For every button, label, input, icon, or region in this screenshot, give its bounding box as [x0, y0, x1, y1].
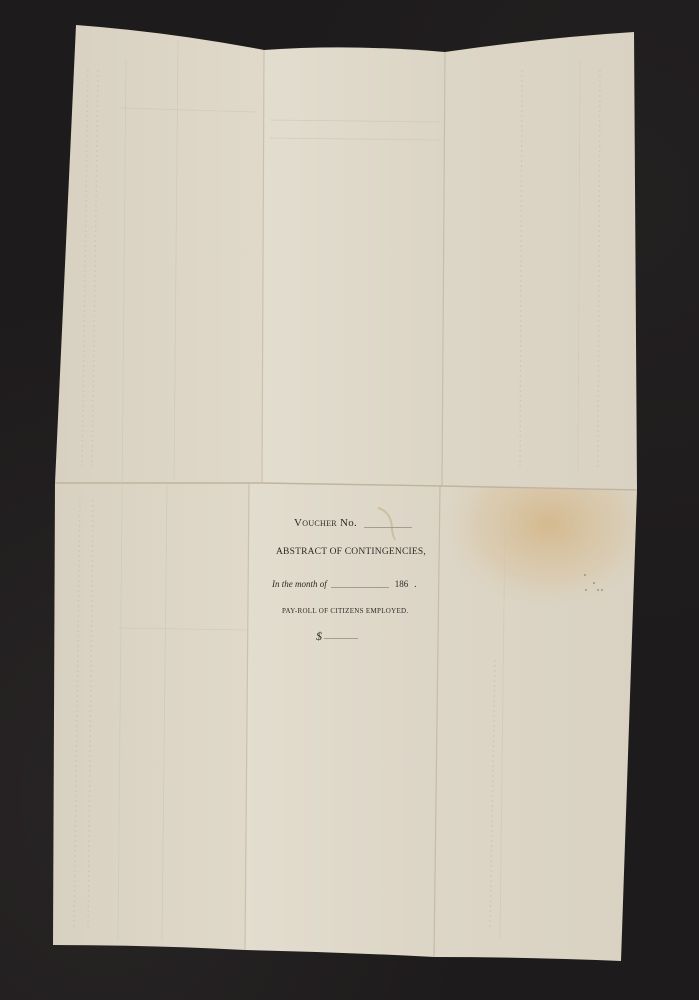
voucher-no-label: No.: [340, 517, 357, 529]
form-title: ABSTRACT OF CONTINGENCIES,: [276, 547, 426, 557]
amount-line: $: [316, 629, 358, 644]
panel-upper-right: [442, 32, 637, 490]
panel-upper-middle: [262, 47, 445, 486]
amount-blank: [324, 638, 358, 639]
year-prefix: 186: [395, 579, 409, 589]
panel-lower-left: [53, 483, 249, 950]
month-prefix: In the month of: [272, 579, 327, 589]
panel-upper-left: [55, 25, 264, 483]
dollar-sign-icon: $: [316, 629, 322, 643]
month-suffix: .: [414, 579, 416, 589]
month-blank: [331, 587, 389, 588]
form-subtitle: PAY-ROLL OF CITIZENS EMPLOYED.: [282, 607, 408, 615]
voucher-label-rest: oucher: [302, 517, 337, 529]
month-line: In the month of186.: [272, 579, 417, 589]
voucher-number-blank: [364, 527, 412, 528]
voucher-label-initial: V: [294, 517, 302, 529]
voucher-number-line: Voucher No.: [294, 517, 412, 529]
photo-stage: Voucher No. ABSTRACT OF CONTINGENCIES, I…: [0, 0, 699, 1000]
folded-paper: [0, 0, 699, 1000]
